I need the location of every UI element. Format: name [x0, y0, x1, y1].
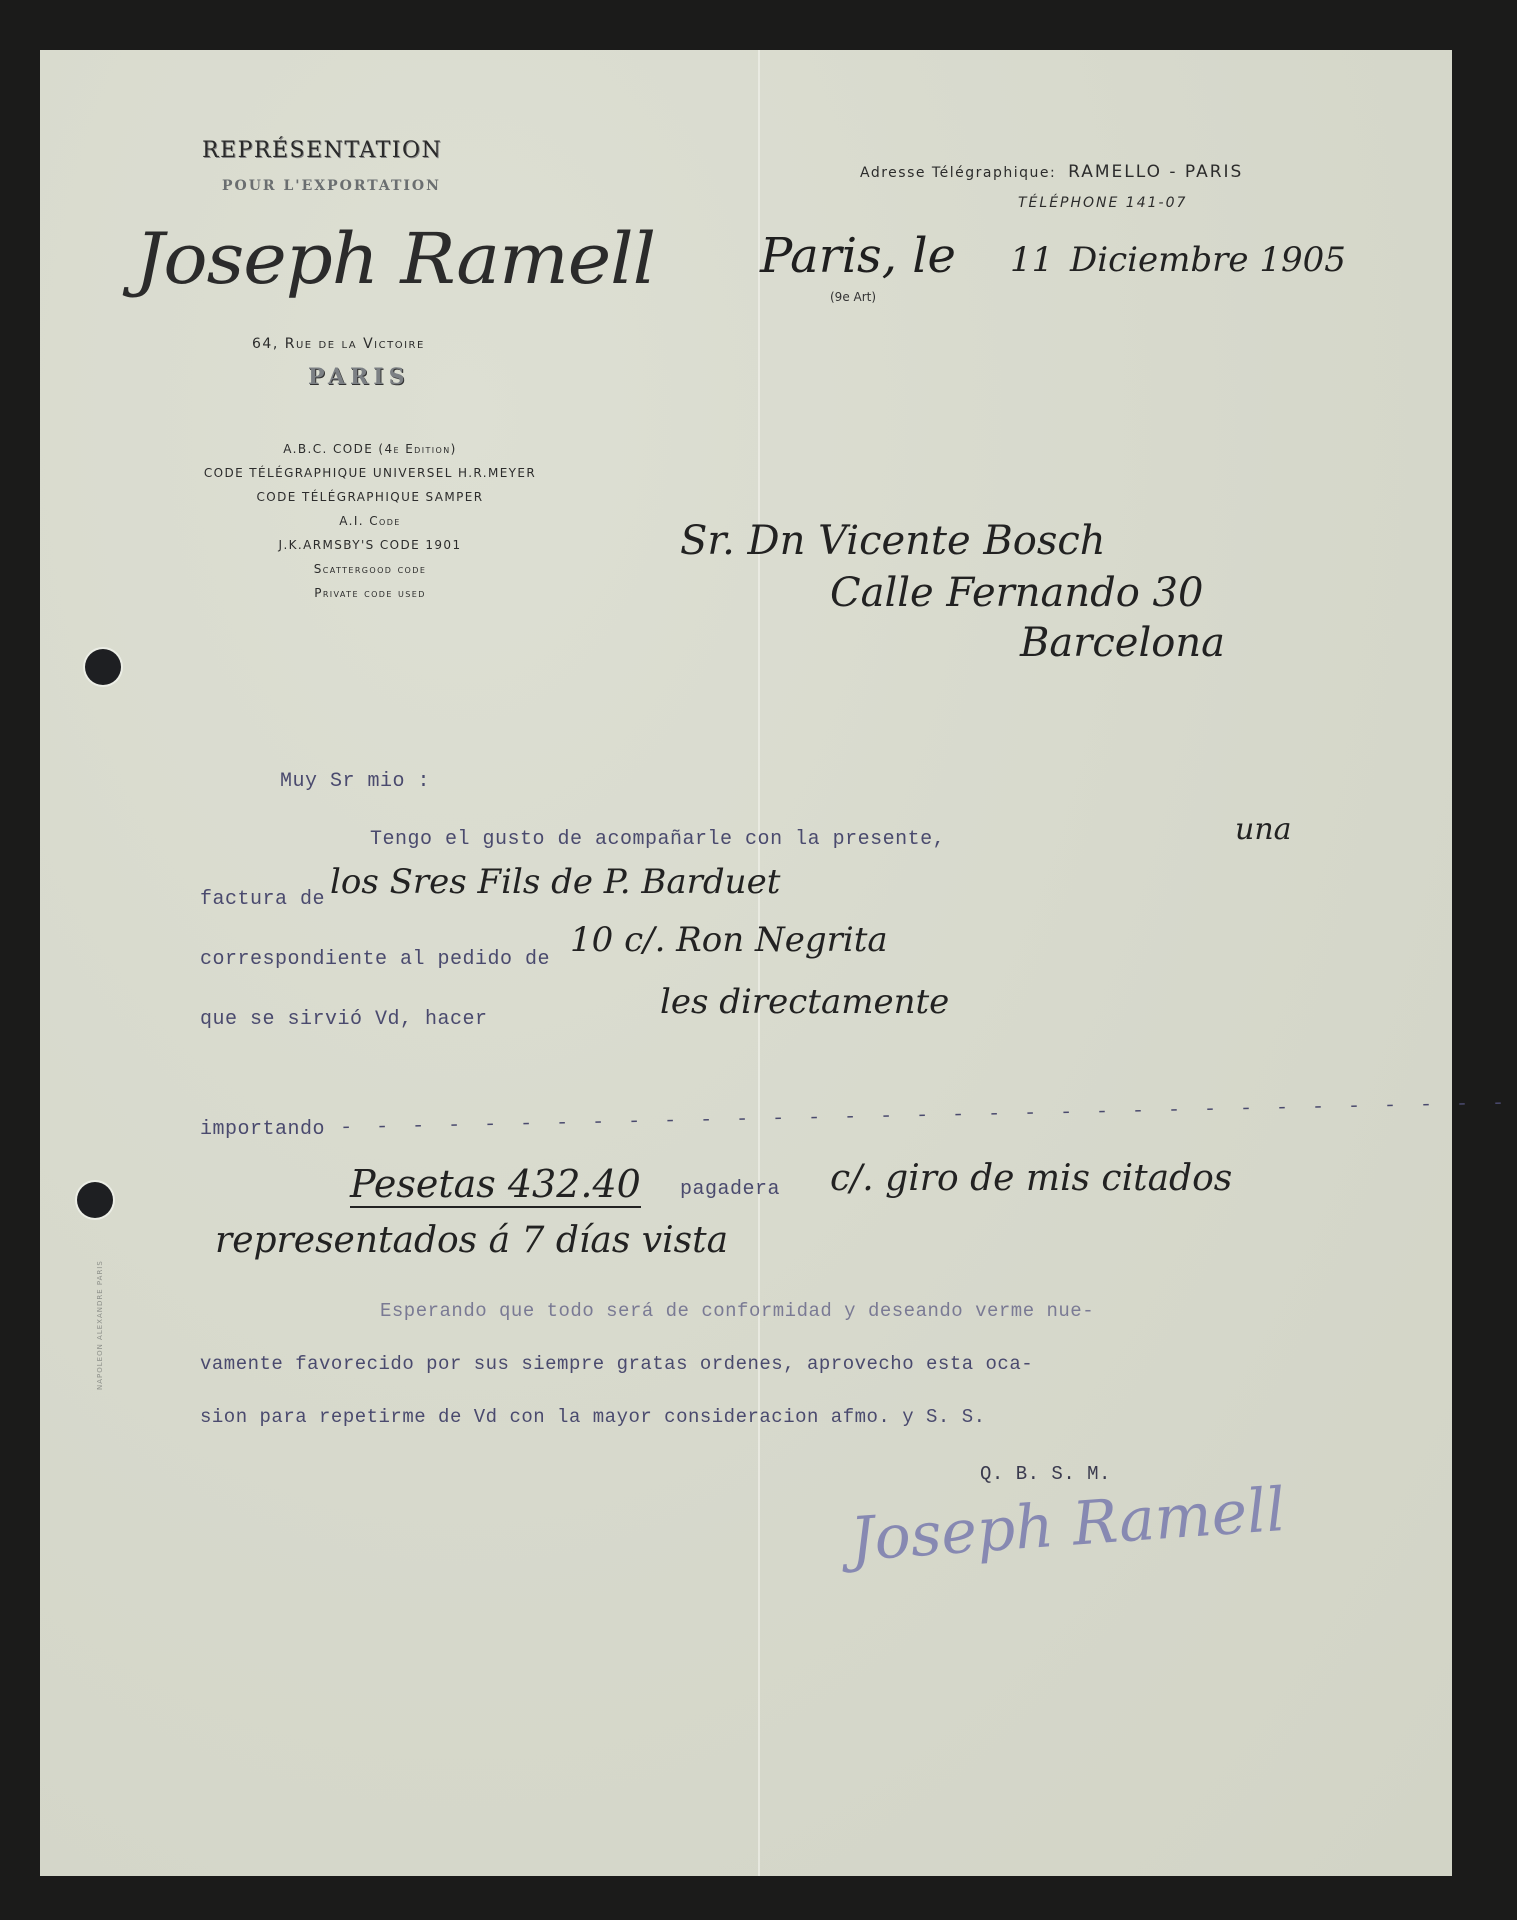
- date-place: Paris, le: [760, 228, 956, 284]
- letterhead-title: REPRÉSENTATION: [202, 138, 442, 163]
- arrondissement: (9e Art): [830, 290, 876, 304]
- telegraph-codes-list: A.B.C. CODE (4e Edition) CODE TÉLÉGRAPHI…: [170, 442, 570, 610]
- recipient-city: Barcelona: [1020, 620, 1225, 666]
- code-line: J.K.ARMSBY'S CODE 1901: [170, 538, 570, 562]
- telegraph-label: Adresse Télégraphique:: [860, 165, 1056, 181]
- punch-hole-top: [85, 649, 121, 685]
- recipient-street: Calle Fernando 30: [830, 570, 1203, 616]
- punch-hole-bottom: [77, 1182, 113, 1218]
- date-day: 11: [1010, 240, 1053, 280]
- amount-typed: pagadera: [680, 1178, 780, 1201]
- recipient-name: Sr. Dn Vicente Bosch: [680, 518, 1106, 564]
- line-4-handwritten: les directamente: [660, 982, 949, 1022]
- company-address: 64, Rue de la Victoire: [252, 336, 425, 352]
- telegraph-address: Adresse Télégraphique: RAMELLO - PARIS: [860, 162, 1243, 182]
- code-line: Private code used: [170, 586, 570, 610]
- fold-line: [758, 50, 760, 1876]
- importing-label: importando: [200, 1118, 325, 1141]
- code-line: Scattergood code: [170, 562, 570, 586]
- telephone: TÉLÉPHONE 141-07: [1018, 195, 1187, 211]
- dashed-leader: - - - - - - - - - - - - - - - - - - - - …: [340, 1083, 1517, 1140]
- letterhead-subtitle: POUR L'EXPORTATION: [222, 178, 441, 194]
- salutation: Muy Sr mio :: [280, 770, 430, 793]
- telegraph-value: RAMELLO - PARIS: [1068, 162, 1243, 182]
- letter-page: REPRÉSENTATION POUR L'EXPORTATION Joseph…: [40, 50, 1452, 1876]
- closing-line-3: sion para repetirme de Vd con la mayor c…: [200, 1406, 986, 1428]
- printer-mark: NAPOLEON ALEXANDRE PARIS: [96, 1260, 104, 1390]
- line-7-handwritten: representados á 7 días vista: [215, 1220, 728, 1261]
- line-2-handwritten: los Sres Fils de P. Barduet: [330, 862, 780, 902]
- paragraph-1-typed: Tengo el gusto de acompañarle con la pre…: [370, 828, 945, 851]
- code-line: CODE TÉLÉGRAPHIQUE UNIVERSEL H.R.MEYER: [170, 466, 570, 490]
- line-3-handwritten: 10 c/. Ron Negrita: [570, 920, 888, 960]
- code-line: CODE TÉLÉGRAPHIQUE SAMPER: [170, 490, 570, 514]
- line-3-typed: correspondiente al pedido de: [200, 948, 550, 971]
- date-month-year: Diciembre 1905: [1070, 240, 1346, 280]
- line-2-typed: factura de: [200, 888, 325, 911]
- company-city: PARIS: [308, 364, 409, 390]
- line-4-typed: que se sirvió Vd, hacer: [200, 1008, 488, 1031]
- closing-line-1: Esperando que todo será de conformidad y…: [380, 1300, 1094, 1322]
- amount-handwritten: Pesetas 432.40: [350, 1162, 641, 1208]
- closing-line-2: vamente favorecido por sus siempre grata…: [200, 1353, 1033, 1375]
- valediction: Q. B. S. M.: [980, 1463, 1111, 1485]
- company-name: Joseph Ramell: [135, 218, 655, 300]
- code-line: A.I. Code: [170, 514, 570, 538]
- code-line: A.B.C. CODE (4e Edition): [170, 442, 570, 466]
- signature: Joseph Ramell: [848, 1475, 1288, 1575]
- amount-tail-handwritten: c/. giro de mis citados: [830, 1158, 1232, 1199]
- paragraph-1-handwritten: una: [1235, 812, 1292, 847]
